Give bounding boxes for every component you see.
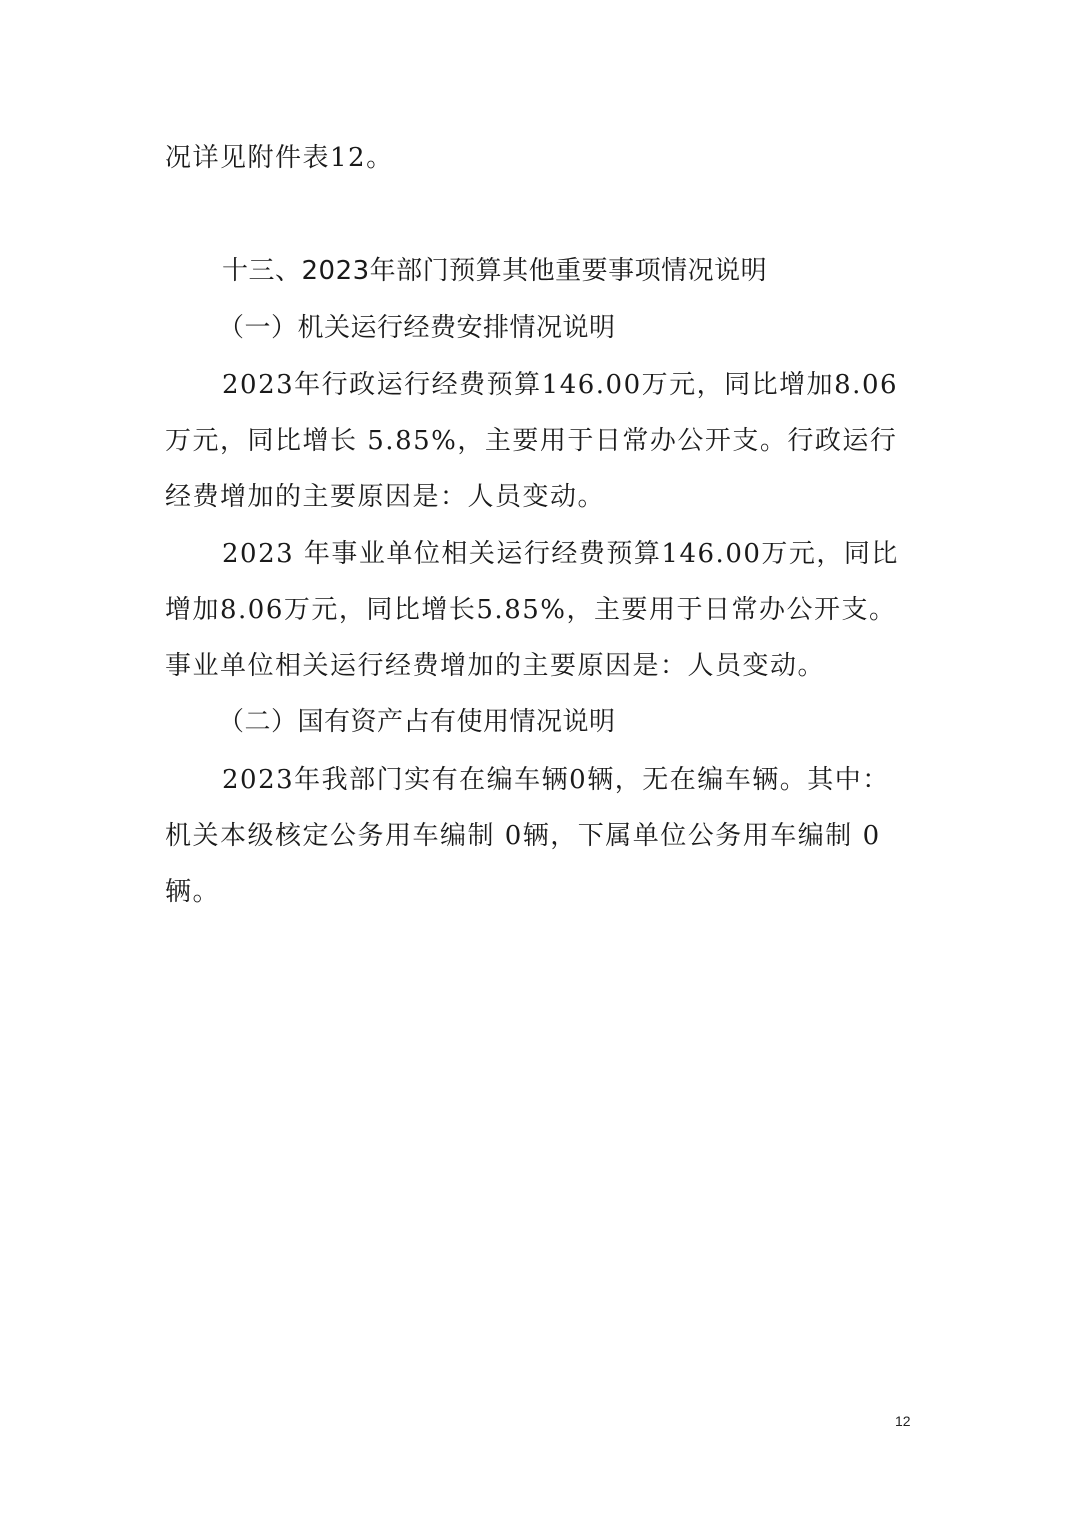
paragraph-admin-budget-line-3: 经费增加的主要原因是：人员变动。: [165, 482, 915, 512]
subsection-heading-1: （一）机关运行经费安排情况说明: [218, 313, 968, 343]
paragraph-admin-budget-line-2: 万元，同比增长 5.85%，主要用于日常办公开支。行政运行: [165, 426, 915, 456]
paragraph-admin-budget-line-1: 2023年行政运行经费预算146.00万元，同比增加8.06: [222, 370, 915, 400]
subsection-heading-2: （二）国有资产占有使用情况说明: [218, 707, 968, 737]
paragraph-institution-budget-line-3: 事业单位相关运行经费增加的主要原因是：人员变动。: [165, 651, 915, 681]
paragraph-institution-budget-line-1: 2023 年事业单位相关运行经费预算146.00万元，同比: [222, 539, 915, 569]
paragraph-institution-budget-line-2: 增加8.06万元，同比增长5.85%，主要用于日常办公开支。: [165, 595, 915, 625]
section-heading-13: 十三、2023年部门预算其他重要事项情况说明: [222, 256, 972, 286]
paragraph-vehicles-line-1: 2023年我部门实有在编车辆0辆，无在编车辆。其中：: [222, 765, 915, 795]
paragraph-vehicles-line-2: 机关本级核定公务用车编制 0辆，下属单位公务用车编制 0: [165, 821, 915, 851]
page-number: 12: [895, 1413, 911, 1429]
paragraph-continuation: 况详见附件表12。: [165, 143, 915, 173]
document-page: 况详见附件表12。 十三、2023年部门预算其他重要事项情况说明 （一）机关运行…: [0, 0, 1075, 1520]
paragraph-vehicles-line-3: 辆。: [165, 877, 915, 907]
